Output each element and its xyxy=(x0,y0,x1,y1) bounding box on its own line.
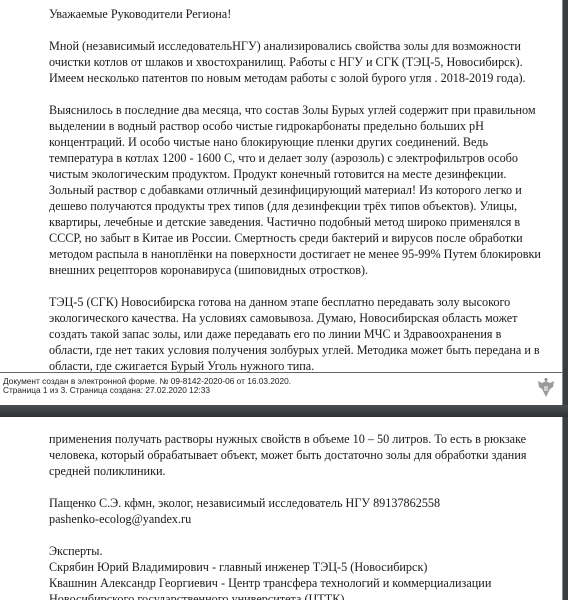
footer-text: Документ создан в электронной форме. № 0… xyxy=(3,377,291,395)
author-signature: Пащенко С.Э. кфмн, эколог, независимый и… xyxy=(49,495,542,511)
greeting: Уважаемые Руководители Региона! xyxy=(49,6,542,22)
paragraph-tec5: ТЭЦ-5 (СГК) Новосибирска готова на данно… xyxy=(49,294,542,374)
page-2-body: применения получать растворы нужных свой… xyxy=(49,431,542,600)
document-page-1: Уважаемые Руководители Региона! Мной (не… xyxy=(0,0,563,372)
footer-page-info: Страница 1 из 3. Страница создана: 27.02… xyxy=(3,386,291,395)
document-page-2: применения получать растворы нужных свой… xyxy=(0,417,563,600)
expert-1: Скрябин Юрий Владимирович - главный инже… xyxy=(49,559,542,575)
expert-2: Квашнин Александр Георгиевич - Центр тра… xyxy=(49,575,542,600)
paragraph-composition: Выяснилось в последние два месяца, что с… xyxy=(49,102,542,182)
author-email: pashenko-ecolog@yandex.ru xyxy=(49,511,542,527)
paragraph-solution: Зольный раствор с добавками отличный дез… xyxy=(49,182,542,278)
experts-heading: Эксперты. xyxy=(49,543,542,559)
page-separator xyxy=(0,405,568,417)
page-footer: Документ создан в электронной форме. № 0… xyxy=(0,372,563,406)
paragraph-continuation: применения получать растворы нужных свой… xyxy=(49,431,542,479)
coat-of-arms-icon xyxy=(536,377,556,399)
paragraph-intro: Мной (независимый исследовательНГУ) анал… xyxy=(49,38,542,86)
